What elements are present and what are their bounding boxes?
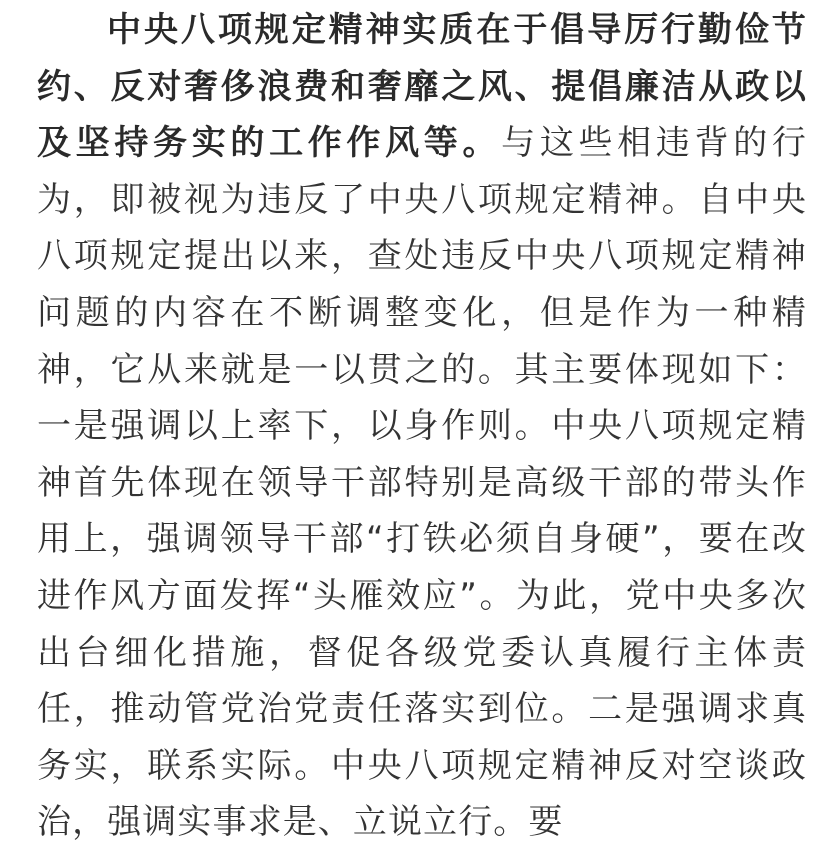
article-paragraph: 中央八项规定精神实质在于倡导厉行勤俭节约、反对奢侈浪费和奢靡之风、提倡廉洁从政以… [37, 2, 807, 846]
body-text: 与这些相违背的行为，即被视为违反了中央八项规定精神。自中央八项规定提出以来，查处… [37, 123, 807, 842]
